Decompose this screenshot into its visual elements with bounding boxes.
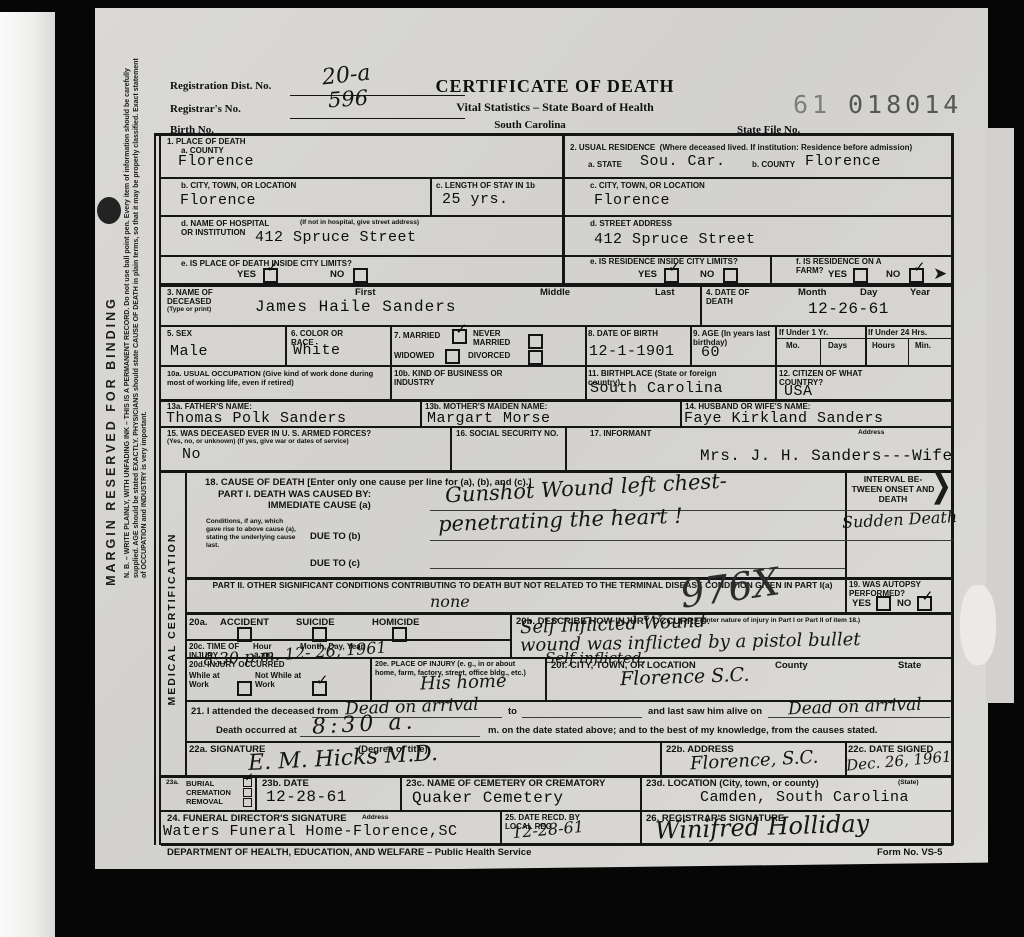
length-of-stay-label: c. LENGTH OF STAY IN 1b <box>436 181 551 190</box>
length-of-stay-value: 25 yrs. <box>442 191 509 208</box>
not-while-at-work-label: Not While at Work <box>255 671 303 690</box>
no-label: NO <box>700 269 714 280</box>
never-married-label: NEVER MARRIED <box>473 329 518 348</box>
rule-v <box>770 255 772 285</box>
mo-label: Mo. <box>786 341 800 350</box>
suicide-checkbox <box>312 627 327 642</box>
residence-county-value: Florence <box>805 153 881 170</box>
cremation-checkbox <box>243 788 252 797</box>
min-label: Min. <box>915 341 931 350</box>
yes-label: YES <box>638 269 657 280</box>
removal-label: REMOVAL <box>186 797 223 806</box>
arrow-icon: ➤ <box>933 264 947 284</box>
scan-white-strip <box>0 12 55 937</box>
birthplace-value: South Carolina <box>590 380 723 397</box>
state-file-stamp-number: 018014 <box>848 90 962 119</box>
cause-c-line <box>430 568 845 569</box>
rule-v <box>845 470 847 612</box>
informant-value: Mrs. J. H. Sanders---Wife <box>700 447 953 465</box>
autopsy-yes-checkbox <box>876 596 891 611</box>
left-rule-outer <box>154 133 156 845</box>
death-occurred-post-label: m. on the date stated above; and to the … <box>488 725 878 736</box>
rule-v <box>865 325 867 365</box>
while-at-work-label: While at Work <box>189 671 231 690</box>
informant-address-label: Address <box>858 429 884 437</box>
check-mark: ✓ <box>244 770 254 784</box>
death-city-limits-no-checkbox <box>353 268 368 283</box>
mother-name-value: Margart Morse <box>427 410 551 427</box>
scanned-death-certificate: MARGIN RESERVED FOR BINDING N. B. – WRIT… <box>0 0 1024 937</box>
check-mark: ✓ <box>455 320 468 338</box>
burial-date-value: 12-28-61 <box>266 788 347 806</box>
margin-binding-text: MARGIN RESERVED FOR BINDING <box>104 237 122 645</box>
residence-state-label: a. STATE <box>588 160 622 169</box>
certificate-subtitle: Vital Statistics – State Board of Health <box>345 100 765 115</box>
business-label: 10b. KIND OF BUSINESS OR INDUSTRY <box>394 369 504 388</box>
residence-city-value: Florence <box>594 192 670 209</box>
homicide-checkbox <box>392 627 407 642</box>
rule-v <box>690 325 692 365</box>
rule-h <box>161 365 953 367</box>
informant-label: 17. INFORMANT <box>590 429 651 438</box>
hole-punch <box>97 197 121 224</box>
cause-b-line <box>430 540 953 541</box>
department-footer: DEPARTMENT OF HEALTH, EDUCATION, AND WEL… <box>167 847 531 858</box>
sex-value: Male <box>170 343 208 360</box>
field-20a-num: 20a. <box>189 617 208 628</box>
state-col-label: State <box>898 660 921 671</box>
burial-label: BURIAL <box>186 779 214 788</box>
rule-h <box>154 133 953 136</box>
removal-checkbox <box>243 798 252 807</box>
death-occurred-label: Death occurred at <box>216 725 297 736</box>
rule-v-medical <box>185 470 187 775</box>
hospital-value: 412 Spruce Street <box>255 229 417 246</box>
form-number: Form No. VS-5 <box>877 847 942 858</box>
armed-forces-note: (Yes, no, or unknown) (If yes, give war … <box>167 438 447 446</box>
rule-h <box>161 325 953 327</box>
under-1yr-label: If Under 1 Yr. <box>779 328 828 337</box>
divorced-label: DIVORCED <box>468 351 510 360</box>
street-address-label: d. STREET ADDRESS <box>590 219 672 228</box>
usual-residence-label: 2. USUAL RESIDENCE <box>570 143 655 152</box>
rule-v <box>255 775 257 810</box>
injury-city-value: Florence S.C. <box>620 664 750 691</box>
hours-label: Hours <box>872 341 895 350</box>
date-of-death-value: 12-26-61 <box>808 300 889 318</box>
street-address-value: 412 Spruce Street <box>594 231 756 248</box>
married-label: 7. MARRIED <box>394 331 440 340</box>
rule-v <box>390 325 392 399</box>
rule-h-heavy <box>161 843 953 846</box>
rule-h <box>161 177 953 179</box>
medical-certification-sidebar: MEDICAL CERTIFICATION <box>166 468 183 770</box>
conditions-note: Conditions, if any, which gave rise to a… <box>206 518 298 550</box>
no-label: NO <box>330 269 344 280</box>
residence-city-limits-label: e. IS RESIDENCE INSIDE CITY LIMITS? <box>590 257 740 266</box>
cemetery-label: 23c. NAME OF CEMETERY OR CREMATORY <box>406 778 605 789</box>
rule-h <box>161 399 953 402</box>
location-value: Camden, South Carolina <box>700 789 909 806</box>
citizen-value: USA <box>784 383 813 400</box>
rule-v <box>640 810 642 843</box>
date-of-birth-value: 12-1-1901 <box>589 343 675 360</box>
rule-v <box>820 338 821 365</box>
widowed-label: WIDOWED <box>394 351 434 360</box>
funeral-director-address-label: Address <box>362 814 388 822</box>
date-of-birth-label: 8. DATE OF BIRTH <box>588 329 658 338</box>
rule-v <box>640 775 642 810</box>
city-value: Florence <box>180 192 256 209</box>
rule-v <box>420 399 422 426</box>
rule-v <box>680 399 682 426</box>
rule-v <box>660 741 662 775</box>
rule-v <box>430 177 432 215</box>
funeral-home-value: Waters Funeral Home-Florence,SC <box>163 823 458 840</box>
middle-col-label: Middle <box>540 287 570 298</box>
residence-city-limits-no-checkbox <box>723 268 738 283</box>
no-label: NO <box>886 269 900 280</box>
usual-residence-note: (Where deceased lived. If institution: R… <box>660 143 913 152</box>
county-col-label: County <box>775 660 808 671</box>
certificate-title: CERTIFICATE OF DEATH <box>345 76 765 97</box>
rule-v <box>565 426 567 470</box>
check-mark: ✓ <box>921 587 934 605</box>
rule-h-heavy <box>161 283 953 287</box>
rule-h <box>161 215 953 217</box>
while-at-work-checkbox <box>237 681 252 696</box>
check-mark: ✓ <box>316 671 329 689</box>
rule-v <box>700 283 702 325</box>
scan-light-patch <box>960 585 996 665</box>
injury-occurred-label: 20d. INJURY OCCURRED <box>189 660 285 669</box>
age-value: 60 <box>701 344 720 361</box>
interval-label: INTERVAL BE-TWEEN ONSET AND DEATH <box>849 474 937 504</box>
first-col-label: First <box>355 287 376 298</box>
part2-value: none <box>430 592 470 611</box>
immediate-cause-label: IMMEDIATE CAUSE (a) <box>268 500 371 511</box>
county-value: Florence <box>178 153 254 170</box>
cemetery-value: Quaker Cemetery <box>412 789 564 807</box>
last-col-label: Last <box>655 287 675 298</box>
name-of-deceased-label: 3. NAME OF DECEASED <box>167 288 237 307</box>
residence-state-value: Sou. Car. <box>640 153 726 170</box>
month-col-label: Month <box>798 287 827 298</box>
rule-v <box>908 338 909 365</box>
registration-dist-label: Registration Dist. No. <box>170 80 271 92</box>
widowed-checkbox <box>445 349 460 364</box>
year-col-label: Year <box>910 287 930 298</box>
rule-v <box>562 133 565 286</box>
date-of-death-label: 4. DATE OF DEATH <box>706 288 756 307</box>
rule-v <box>775 325 777 399</box>
hospital-note: (If not in hospital, give street address… <box>300 219 419 227</box>
under-24hrs-label: If Under 24 Hrs. <box>868 328 927 337</box>
divorced-checkbox <box>528 350 543 365</box>
yes-label: YES <box>237 269 256 280</box>
yes-label: YES <box>828 269 847 280</box>
part1-label: PART I. DEATH WAS CAUSED BY: <box>218 489 371 500</box>
location-label: 23d. LOCATION (City, town, or county) <box>646 778 819 789</box>
cremation-label: CREMATION <box>186 788 231 797</box>
no-label: NO <box>897 598 911 609</box>
last-saw-alive-label: and last saw him alive on <box>648 706 762 717</box>
rule-v <box>400 775 402 810</box>
check-mark: ✓ <box>913 258 926 276</box>
armed-forces-value: No <box>182 446 201 463</box>
farm-yes-checkbox <box>853 268 868 283</box>
registrar-no-label: Registrar's No. <box>170 103 241 115</box>
state-file-stamp-prefix: 61 <box>793 90 831 119</box>
day-col-label: Day <box>860 287 877 298</box>
due-to-b-label: DUE TO (b) <box>310 531 361 542</box>
rule-h-heavy <box>161 470 953 473</box>
deceased-name-value: James Haile Sanders <box>255 298 456 316</box>
sex-label: 5. SEX <box>167 329 192 338</box>
rule-v <box>370 657 372 700</box>
occupation-label: 10a. USUAL OCCUPATION (Give kind of work… <box>167 369 382 387</box>
left-rule-inner <box>159 133 161 845</box>
rule-v <box>500 810 502 843</box>
ssn-label: 16. SOCIAL SECURITY NO. <box>456 429 561 438</box>
attended-to-line <box>522 716 642 718</box>
rule-v <box>585 325 587 399</box>
rule-v <box>450 426 452 470</box>
residence-city-label: c. CITY, TOWN, OR LOCATION <box>590 181 705 190</box>
rule-h <box>775 338 953 339</box>
margin-note-text: N. B. – WRITE PLAINLY, WITH UNFADING INK… <box>124 56 158 578</box>
check-mark: ✓ <box>266 258 279 276</box>
due-to-c-label: DUE TO (c) <box>310 558 360 569</box>
never-married-checkbox <box>528 334 543 349</box>
describe-injury-note: (Enter nature of injury in Part I or Par… <box>700 617 950 625</box>
city-label: b. CITY, TOWN, OR LOCATION <box>181 181 296 190</box>
field-23a-num: 23a. <box>166 779 179 787</box>
check-mark: ✓ <box>668 258 681 276</box>
yes-label: YES <box>852 598 871 609</box>
residence-county-label: b. COUNTY <box>752 160 795 169</box>
to-label: to <box>508 706 517 717</box>
accident-checkbox <box>237 627 252 642</box>
rule-h <box>185 741 953 743</box>
color-race-value: White <box>293 342 341 359</box>
chevron-icon: ❯ <box>930 465 952 505</box>
type-or-print-note: (Type or print) <box>167 306 211 314</box>
father-name-value: Thomas Polk Sanders <box>166 410 347 427</box>
state-name: South Carolina <box>320 119 740 131</box>
rule-v <box>510 612 512 657</box>
place-of-injury-value: His home <box>420 670 507 694</box>
days-label: Days <box>828 341 847 350</box>
rule-v <box>285 325 287 365</box>
spouse-name-value: Faye Kirkland Sanders <box>684 410 884 427</box>
location-state-label: (State) <box>898 779 919 787</box>
